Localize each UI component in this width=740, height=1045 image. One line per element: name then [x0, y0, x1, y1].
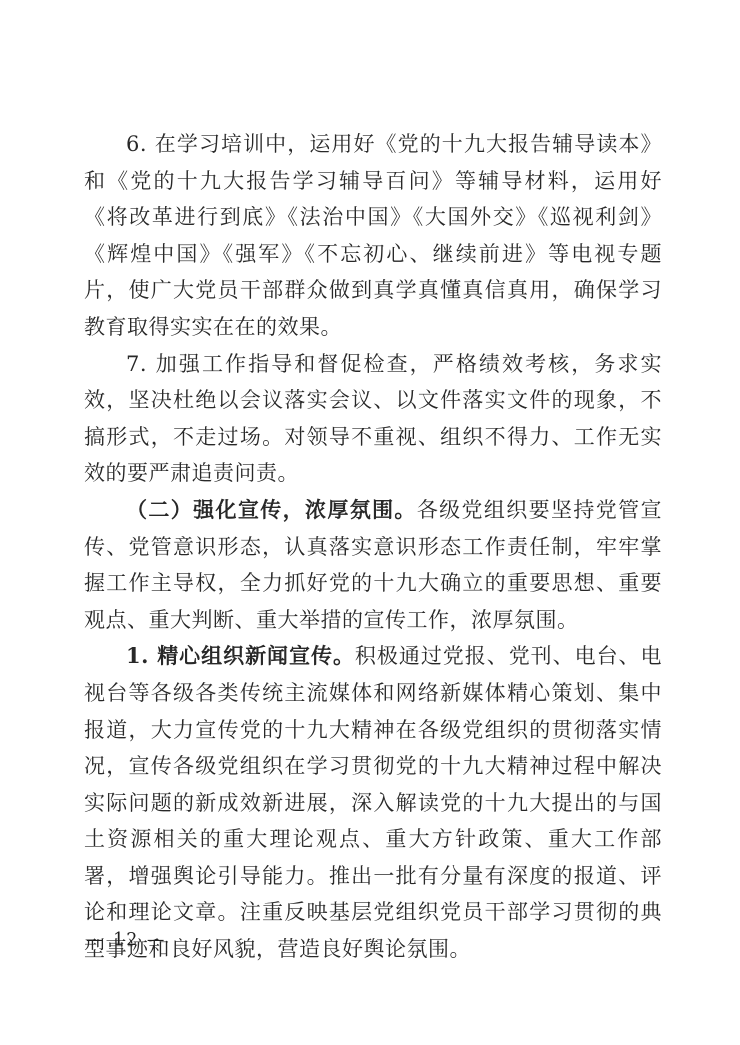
- paragraph-section-2: （二）强化宣传，浓厚氛围。各级党组织要坚持党管宣传、党管意识形态，认真落实意识形…: [84, 492, 662, 638]
- paragraph-item-1-text: 积极通过党报、党刊、电台、电视台等各级各类传统主流媒体和网络新媒体精心策划、集中…: [84, 644, 662, 961]
- page-number: — 12 —: [86, 930, 166, 950]
- paragraph-item-7-text: 7. 加强工作指导和督促检查，严格绩效考核，务求实效，坚决杜绝以会议落实会议、以…: [84, 352, 662, 486]
- paragraph-item-6: 6. 在学习培训中，运用好《党的十九大报告辅导读本》和《党的十九大报告学习辅导百…: [84, 126, 662, 346]
- paragraph-item-7: 7. 加强工作指导和督促检查，严格绩效考核，务求实效，坚决杜绝以会议落实会议、以…: [84, 346, 662, 492]
- document-body: 6. 在学习培训中，运用好《党的十九大报告辅导读本》和《党的十九大报告学习辅导百…: [84, 126, 662, 968]
- paragraph-item-1: 1. 精心组织新闻宣传。积极通过党报、党刊、电台、电视台等各级各类传统主流媒体和…: [84, 638, 662, 967]
- paragraph-item-6-text: 6. 在学习培训中，运用好《党的十九大报告辅导读本》和《党的十九大报告学习辅导百…: [84, 132, 662, 339]
- paragraph-section-2-heading: （二）强化宣传，浓厚氛围。: [126, 497, 417, 522]
- paragraph-item-1-heading: 1. 精心组织新闻宣传。: [126, 643, 355, 668]
- document-page: 6. 在学习培训中，运用好《党的十九大报告辅导读本》和《党的十九大报告学习辅导百…: [0, 0, 740, 1045]
